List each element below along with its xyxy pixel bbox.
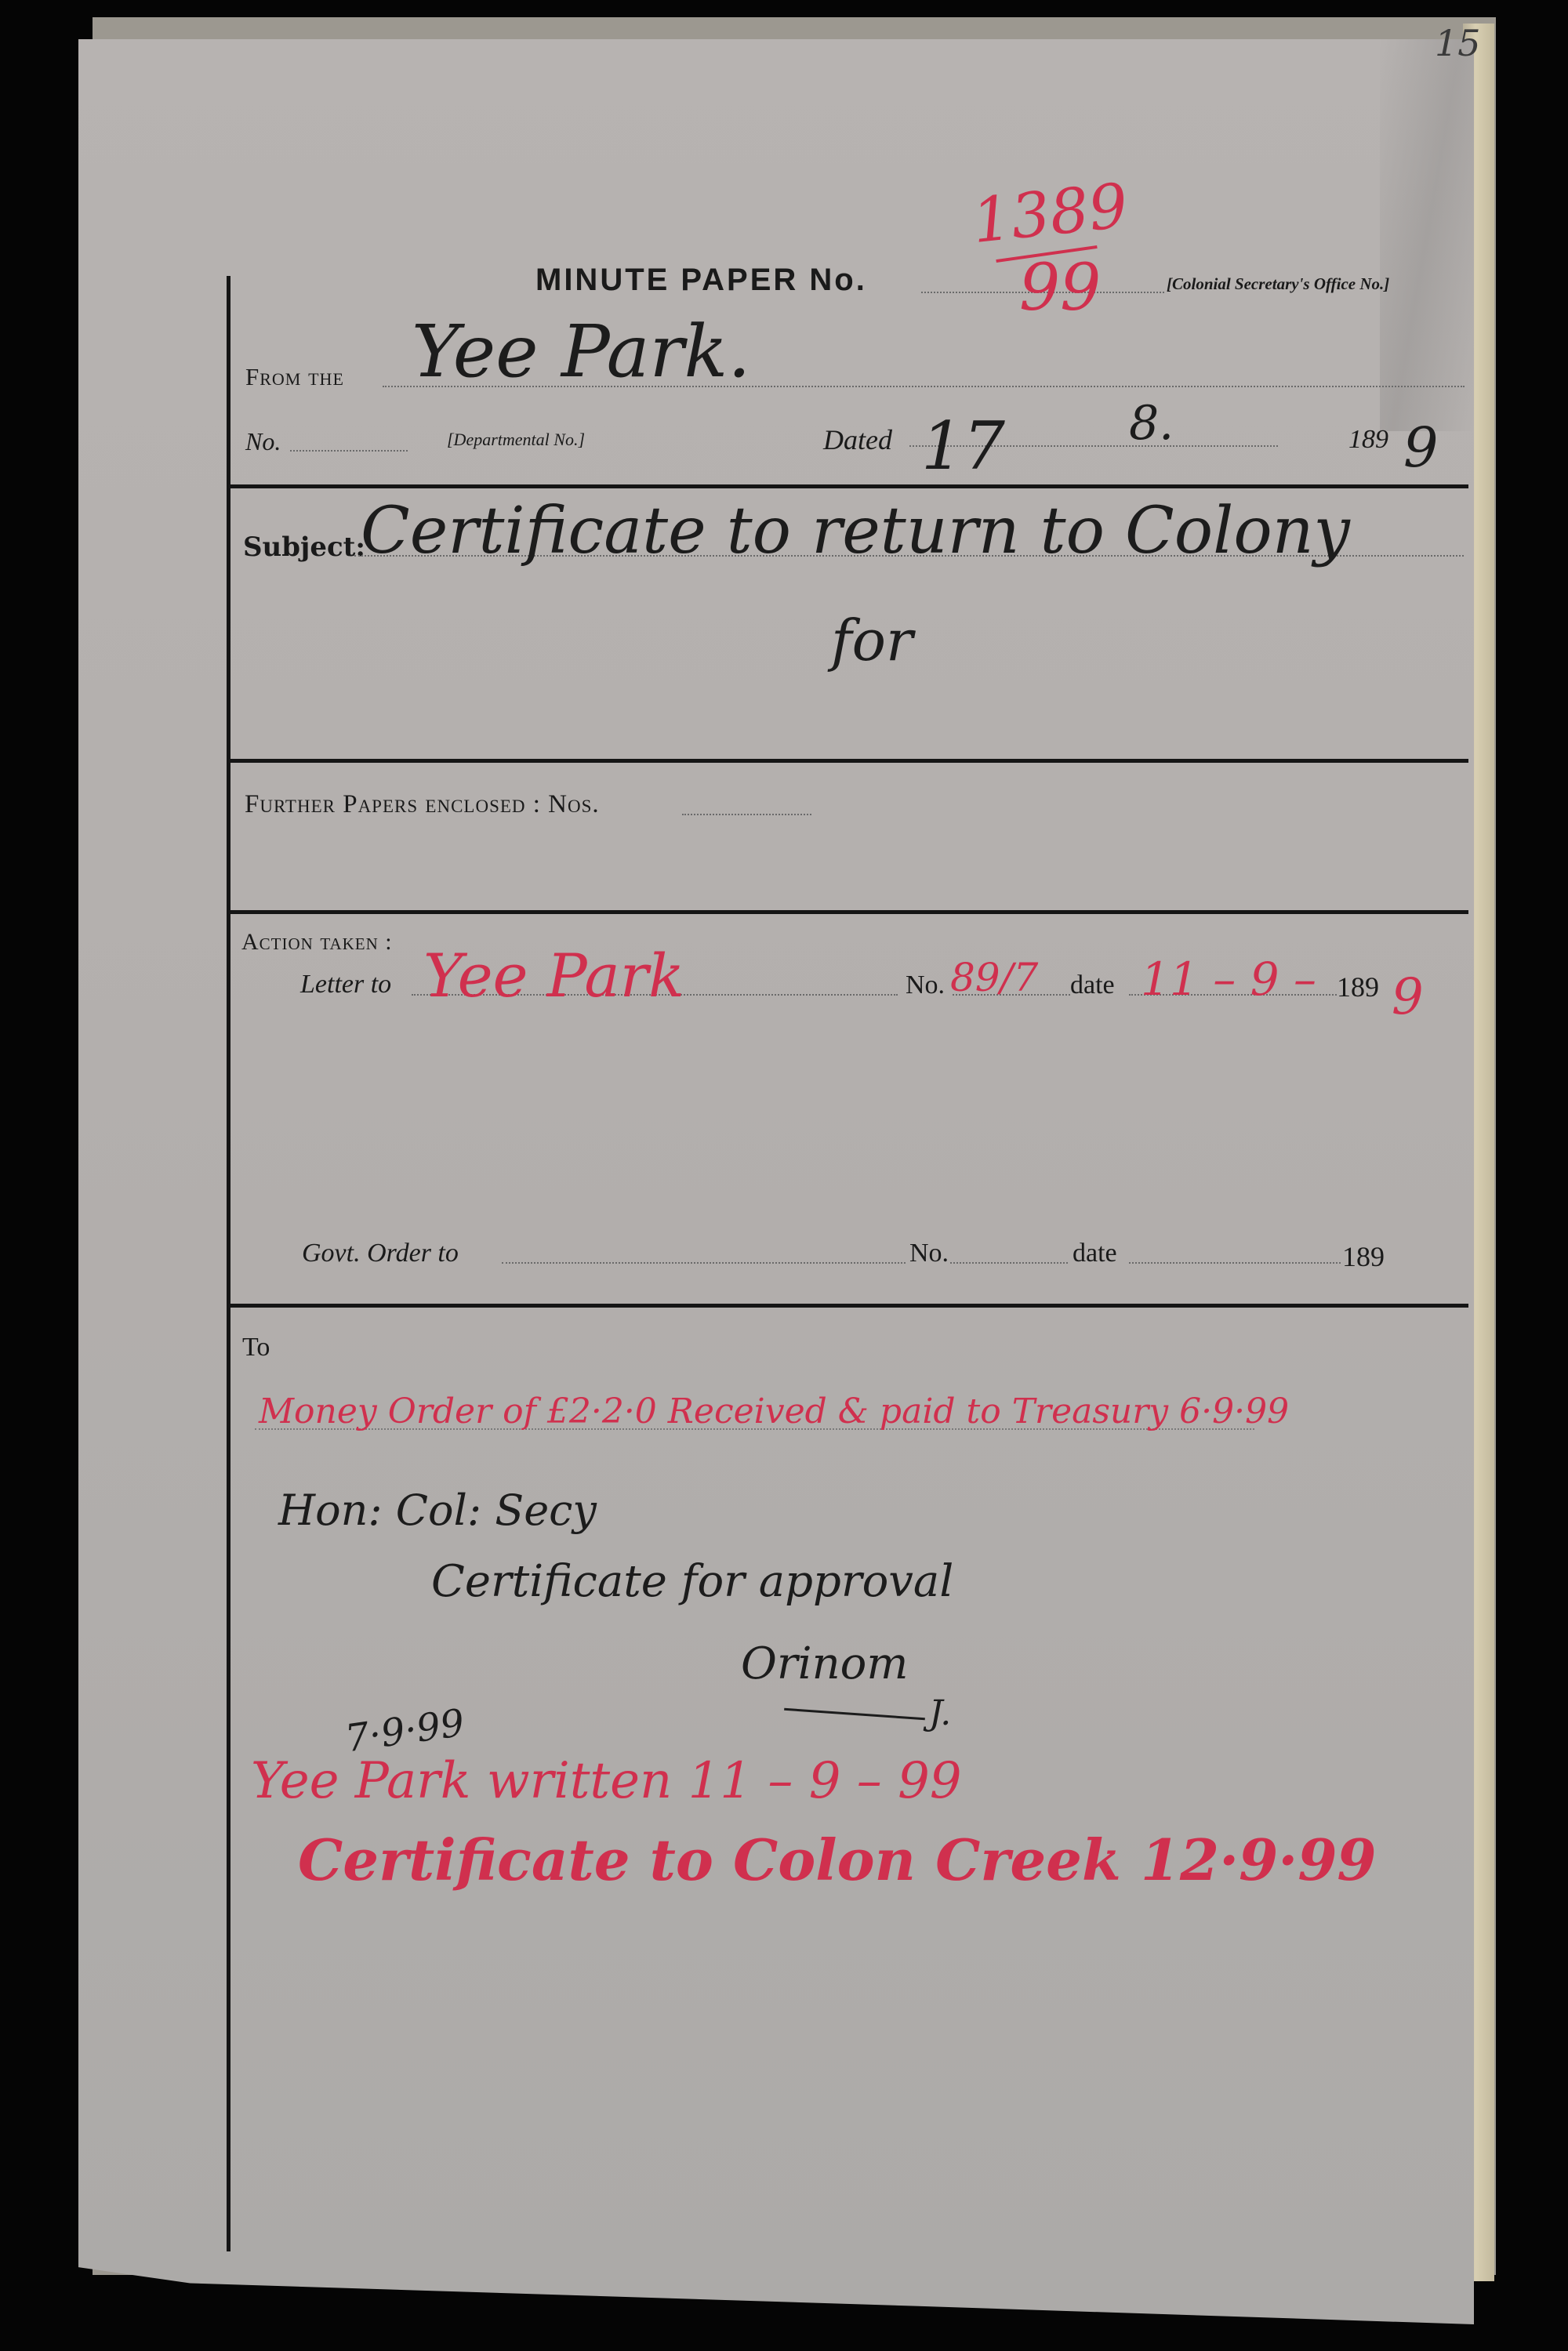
dated-year-prefix: 189 (1348, 425, 1388, 455)
dept-no-label: No. (245, 427, 281, 456)
dated-label: Dated (823, 423, 892, 456)
letter-year-prefix: 189 (1337, 971, 1379, 1003)
letter-to-label: Letter to (300, 970, 391, 1000)
dept-no-dotted-line (290, 450, 408, 452)
govt-order-label: Govt. Order to (302, 1239, 459, 1268)
rule-after-further-papers (228, 910, 1468, 914)
letter-no-label: No. (906, 971, 945, 1000)
minute-signature: Orinom (741, 1638, 908, 1689)
letter-year-suffix: 9 (1392, 968, 1424, 1026)
subject-line-2: for (831, 608, 913, 673)
subject-line-1: Certificate to return to Colony (361, 494, 1350, 568)
govt-order-no-label: No. (909, 1239, 949, 1268)
letter-date-label: date (1070, 971, 1115, 1000)
from-value: Yee Park. (412, 310, 750, 394)
govt-order-dotted-line (502, 1262, 906, 1264)
minute-addressee: Hon: Col: Secy (278, 1486, 597, 1535)
govt-order-date-dotted-line (1129, 1262, 1341, 1264)
fold-shadow (1380, 39, 1474, 431)
left-margin-rule (227, 276, 230, 2251)
money-order-note: Money Order of £2·2·0 Received & paid to… (259, 1391, 1289, 1431)
further-papers-dotted-line (682, 814, 811, 815)
minute-body: Certificate for approval (431, 1556, 953, 1607)
letter-date-value: 11 – 9 – (1141, 952, 1316, 1006)
letter-no-dotted-line (953, 994, 1070, 996)
subject-label: Subject: (243, 532, 365, 563)
dated-year-suffix: 9 (1403, 415, 1439, 480)
minute-no-handwritten-bottom: 99 (1019, 251, 1101, 325)
further-papers-label: Further Papers enclosed : Nos. (245, 790, 600, 819)
dated-month: 8. (1129, 396, 1174, 451)
certificate-sent-note: Certificate to Colon Creek 12·9·99 (298, 1827, 1377, 1893)
govt-order-date-label: date (1073, 1239, 1117, 1268)
minute-initial-mark: J. (929, 1693, 951, 1733)
dated-day: 17 (921, 408, 1005, 484)
minute-paper-title: MINUTE PAPER No. (535, 263, 867, 298)
rule-after-subject (228, 759, 1468, 763)
corner-page-number: 15 (1435, 22, 1481, 64)
colonial-office-label: [Colonial Secretary's Office No.] (1167, 274, 1389, 294)
rule-after-header (228, 484, 1468, 488)
govt-order-year-prefix: 189 (1342, 1240, 1385, 1273)
dept-no-hint: [Departmental No.] (447, 430, 585, 450)
rule-after-action-taken (228, 1304, 1468, 1308)
govt-order-no-dotted-line (950, 1262, 1068, 1264)
action-taken-label: Action taken : (241, 929, 393, 956)
letter-written-note: Yee Park written 11 – 9 – 99 (251, 1752, 962, 1810)
from-label: From the (245, 363, 344, 391)
letter-to-recipient: Yee Park (423, 941, 684, 1010)
to-label: To (242, 1333, 270, 1362)
